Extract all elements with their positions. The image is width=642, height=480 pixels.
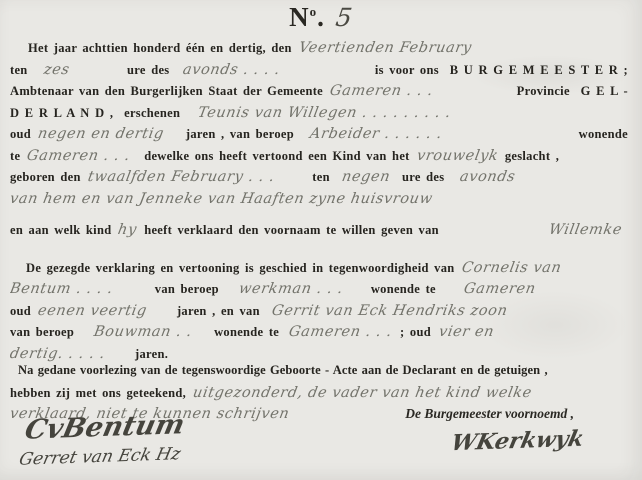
printed-text: ure des [127, 63, 169, 78]
witness1-signature: CvBentum [26, 412, 183, 443]
document-line: Het jaar achttien honderd één en dertig,… [10, 40, 628, 62]
printed-text: heeft verklaard den voornaam te willen g… [144, 223, 439, 238]
document-line: en aan welk kindhyheeft verklaard den vo… [10, 222, 628, 244]
document-line: Bentum . . . .van beroepwerkman . . .won… [10, 281, 628, 303]
handwritten-entry: vrouwelyk [415, 148, 499, 164]
handwritten-entry: Gameren . . . [288, 324, 394, 340]
handwritten-entry: werkman . . . [238, 281, 345, 297]
document-line: Ambtenaar van den Burgerlijken Staat der… [10, 83, 628, 105]
document-line: Na gedane voorlezing van de tegenswoordi… [10, 363, 628, 385]
printed-text: ten [312, 170, 330, 185]
handwritten-entry: Gerrit van Eck Hendriks zoon [270, 303, 508, 319]
witness2-signature: Gerret van Eck Hz [20, 447, 180, 467]
handwritten-entry: negen [340, 169, 391, 185]
printed-text: ten [10, 63, 28, 78]
document-line: oudeenen veertigjaren , en vanGerrit van… [10, 303, 628, 325]
handwritten-entry: Cornelis van [460, 260, 562, 276]
handwritten-entry: Teunis van Willegen . . . . . . . . . [197, 105, 453, 121]
printed-text: te [10, 149, 20, 164]
handwritten-entry: uitgezonderd, de vader van het kind welk… [192, 385, 534, 401]
handwritten-entry: twaalfden February . . . [86, 169, 275, 185]
number-dot: . [317, 2, 325, 32]
handwritten-entry: Bentum . . . . [10, 281, 114, 297]
document-line: teGameren . . .dewelke ons heeft vertoon… [10, 148, 628, 170]
printed-text: Na gedane voorlezing van de tegenswoordi… [18, 363, 548, 378]
handwritten-entry: van hem en van Jenneke van Haaften zyne … [10, 191, 434, 207]
handwritten-entry: Willemke [548, 222, 624, 238]
printed-text: Het jaar achttien honderd één en dertig,… [28, 41, 292, 56]
printed-text: wonende [579, 127, 628, 142]
handwritten-entry: Gameren [462, 281, 536, 297]
printed-text: en aan welk kind [10, 223, 111, 238]
printed-text: wonende te [371, 282, 436, 297]
handwritten-entry: Gameren . . . [329, 83, 435, 99]
printed-text: oud [10, 127, 31, 142]
printed-text: jaren , en van [177, 304, 260, 319]
printed-text: is voor ons B U R G E M E E S T E R ; [375, 63, 628, 78]
handwritten-entry: Bouwman . . [93, 324, 194, 340]
burgemeester-signature: WKerkwyk [452, 428, 583, 454]
witness1-signature-text: CvBentum [22, 409, 187, 445]
printed-text: De Burgemeester voornoemd , [405, 406, 574, 422]
printed-text: jaren. [135, 347, 168, 362]
document-line: geboren dentwaalfden February . . .tenne… [10, 169, 628, 191]
handwritten-entry: Veertienden February [297, 40, 472, 56]
printed-text: van beroep [155, 282, 219, 297]
document-line: tenzesure desavonds . . . .is voor ons B… [10, 62, 628, 84]
printed-text: Provincie G E L - [517, 84, 628, 99]
printed-text: D E R L A N D , erschenen [10, 106, 180, 121]
handwritten-entry: negen en dertig [37, 126, 166, 142]
handwritten-entry: vier en [438, 324, 496, 340]
printed-text: jaren , van beroep [186, 127, 294, 142]
printed-text: dewelke ons heeft vertoond een Kind van … [144, 149, 409, 164]
handwritten-entry: eenen veertig [37, 303, 149, 319]
handwritten-entry: Gameren . . . [26, 148, 132, 164]
printed-text: hebben zij met ons geteekend, [10, 386, 186, 401]
document-line: oudnegen en dertigjaren , van beroepArbe… [10, 126, 628, 148]
document-number: No. 5 [0, 2, 642, 33]
handwritten-entry: avonds . . . . [182, 62, 282, 78]
printed-text: van beroep [10, 325, 74, 340]
document-line: De gezegde verklaring en vertooning is g… [10, 260, 628, 282]
document-lines: Het jaar achttien honderd één en dertig,… [10, 40, 628, 428]
document-line: hebben zij met ons geteekend,uitgezonder… [10, 385, 628, 407]
printed-text: wonende te [214, 325, 279, 340]
birth-certificate-page: No. 5 Het jaar achttien honderd één en d… [0, 0, 642, 480]
document-line: van beroepBouwman . .wonende teGameren .… [10, 324, 628, 346]
printed-text: ure des [402, 170, 444, 185]
handwritten-entry: Arbeider . . . . . . [309, 126, 444, 142]
handwritten-entry: hy [117, 222, 139, 238]
printed-text: geslacht , [505, 149, 559, 164]
printed-text: geboren den [10, 170, 81, 185]
printed-text: De gezegde verklaring en vertooning is g… [26, 261, 455, 276]
handwritten-entry: zes [42, 62, 70, 78]
number-prefix: No [289, 2, 317, 32]
printed-text: ; oud [400, 325, 431, 340]
handwritten-entry: avonds [459, 169, 517, 185]
burgemeester-signature-text: WKerkwyk [449, 426, 587, 457]
document-line: D E R L A N D , erschenenTeunis van Will… [10, 105, 628, 127]
handwritten-entry: dertig. . . . . [10, 346, 106, 362]
witness2-signature-text: Gerret van Eck Hz [17, 444, 182, 470]
printed-text: Ambtenaar van den Burgerlijken Staat der… [10, 84, 323, 99]
number-value-handwritten: 5 [334, 3, 355, 32]
printed-text: oud [10, 304, 31, 319]
document-line: van hem en van Jenneke van Haaften zyne … [10, 191, 628, 213]
